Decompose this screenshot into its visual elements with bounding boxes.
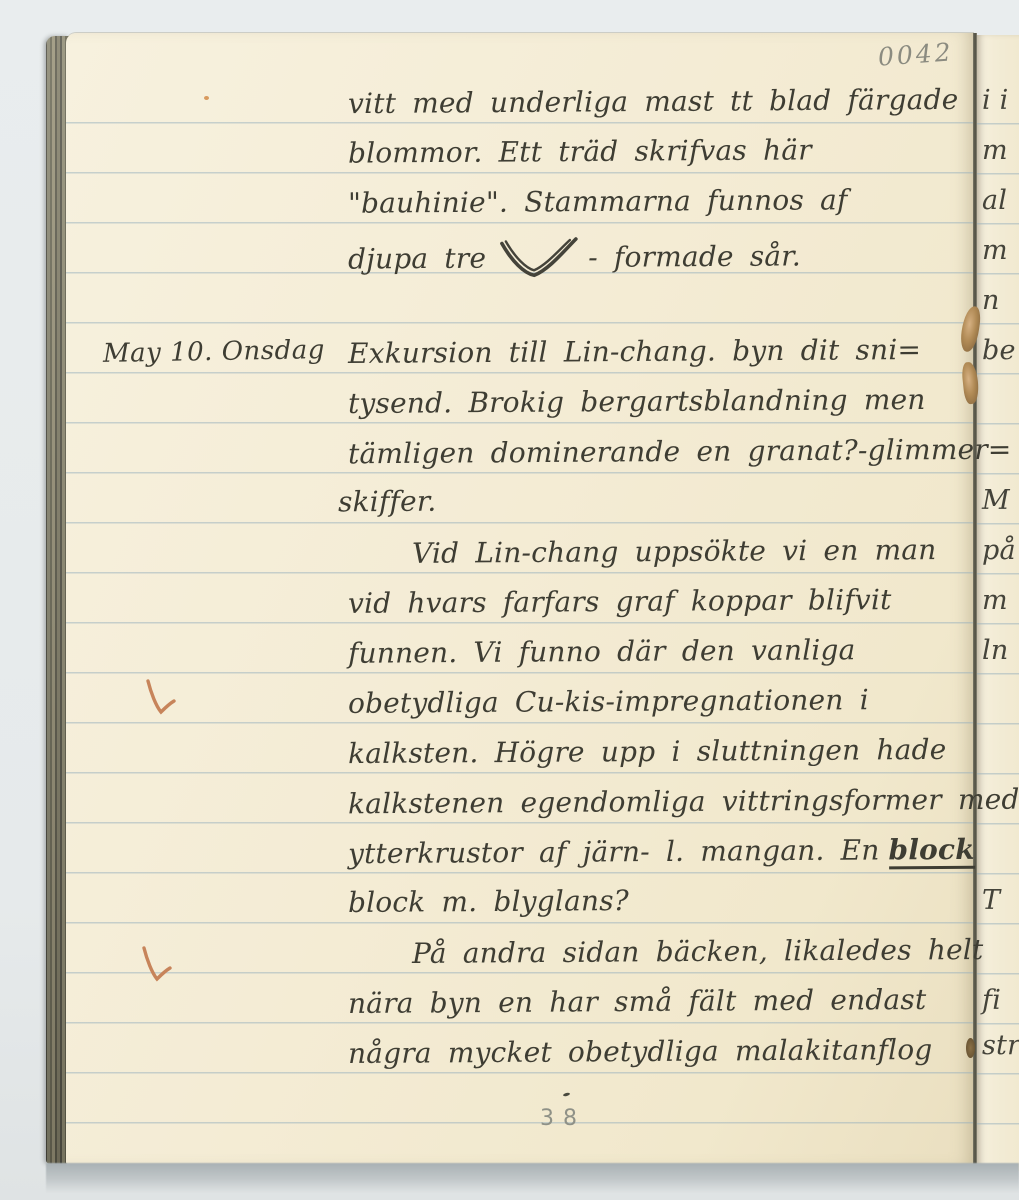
sliver-fragment: fi xyxy=(982,985,1001,1016)
sliver-fragment: m xyxy=(982,135,1008,166)
handwritten-line: vitt med underliga mast tt blad färgade xyxy=(348,83,959,120)
sliver-fragment: m xyxy=(982,235,1008,266)
line-text: ytterkrustor af järn- l. mangan. En xyxy=(348,833,880,870)
archival-number: 0042 xyxy=(877,37,954,71)
handwritten-line: Exkursion till Lin-chang. byn dit sni= xyxy=(348,333,921,370)
sliver-fragment: al xyxy=(982,185,1007,216)
sliver-fragment: på xyxy=(982,535,1016,566)
sliver-fragment: m xyxy=(982,585,1008,616)
handwritten-line: obetydliga Cu-kis-impregnationen i xyxy=(348,683,869,720)
underlined-word: block xyxy=(888,833,975,870)
handwritten-line: tämligen dominerande en granat?-glimmer= xyxy=(348,433,1012,471)
sliver-fragment: T xyxy=(982,885,1000,916)
handwritten-line: skiffer. xyxy=(338,485,437,519)
page-number: 38 xyxy=(540,1106,586,1131)
handwritten-line: tysend. Brokig bergartsblandning men xyxy=(348,383,926,420)
sliver-fragment: i i xyxy=(982,85,1008,116)
handwritten-line: kalksten. Högre upp i sluttningen hade xyxy=(348,733,947,770)
handwritten-line: kalkstenen egendomliga vittringsformer m… xyxy=(348,783,1019,821)
handwritten-line: nära byn en har små fält med endast xyxy=(348,983,927,1020)
paper-tear xyxy=(966,1038,975,1058)
handwritten-line: djupa tre- formade sår. xyxy=(348,233,801,280)
sliver-fragment: str xyxy=(982,1030,1019,1061)
line-text: djupa tre xyxy=(348,242,486,276)
margin-checkmark-icon xyxy=(140,678,180,724)
v-shaped-cut-drawing xyxy=(496,235,582,280)
handwritten-line: På andra sidan bäcken, likaledes helt xyxy=(412,933,984,970)
sliver-fragment: be xyxy=(982,335,1016,366)
margin-date: May 10. Onsdag xyxy=(103,335,325,369)
handwritten-line: några mycket obetydliga malakitanflog xyxy=(348,1033,933,1070)
line-text: - formade sår. xyxy=(588,239,801,273)
sliver-fragment: ln xyxy=(982,635,1008,666)
margin-checkmark-icon xyxy=(136,945,176,991)
handwritten-line: funnen. Vi funno där den vanliga xyxy=(348,633,856,670)
sliver-fragment: M xyxy=(982,485,1010,516)
handwritten-line: "bauhinie". Stammarna funnos af xyxy=(348,183,848,219)
handwritten-line: Vid Lin-chang uppsökte vi en man xyxy=(412,533,937,570)
handwritten-line: vid hvars farfars graf koppar blifvit xyxy=(348,583,892,620)
ink-speck xyxy=(204,96,209,100)
book-shadow xyxy=(46,1163,1019,1193)
handwritten-line: blommor. Ett träd skrifvas här xyxy=(348,133,812,169)
notebook-scan: 0042 38 May 10. Onsdag vitt med underlig… xyxy=(0,0,1019,1200)
handwritten-line: ytterkrustor af järn- l. mangan. Enblock xyxy=(348,833,975,870)
handwritten-line: block m. blyglans? xyxy=(348,884,629,919)
sliver-fragment: n xyxy=(982,285,1000,316)
